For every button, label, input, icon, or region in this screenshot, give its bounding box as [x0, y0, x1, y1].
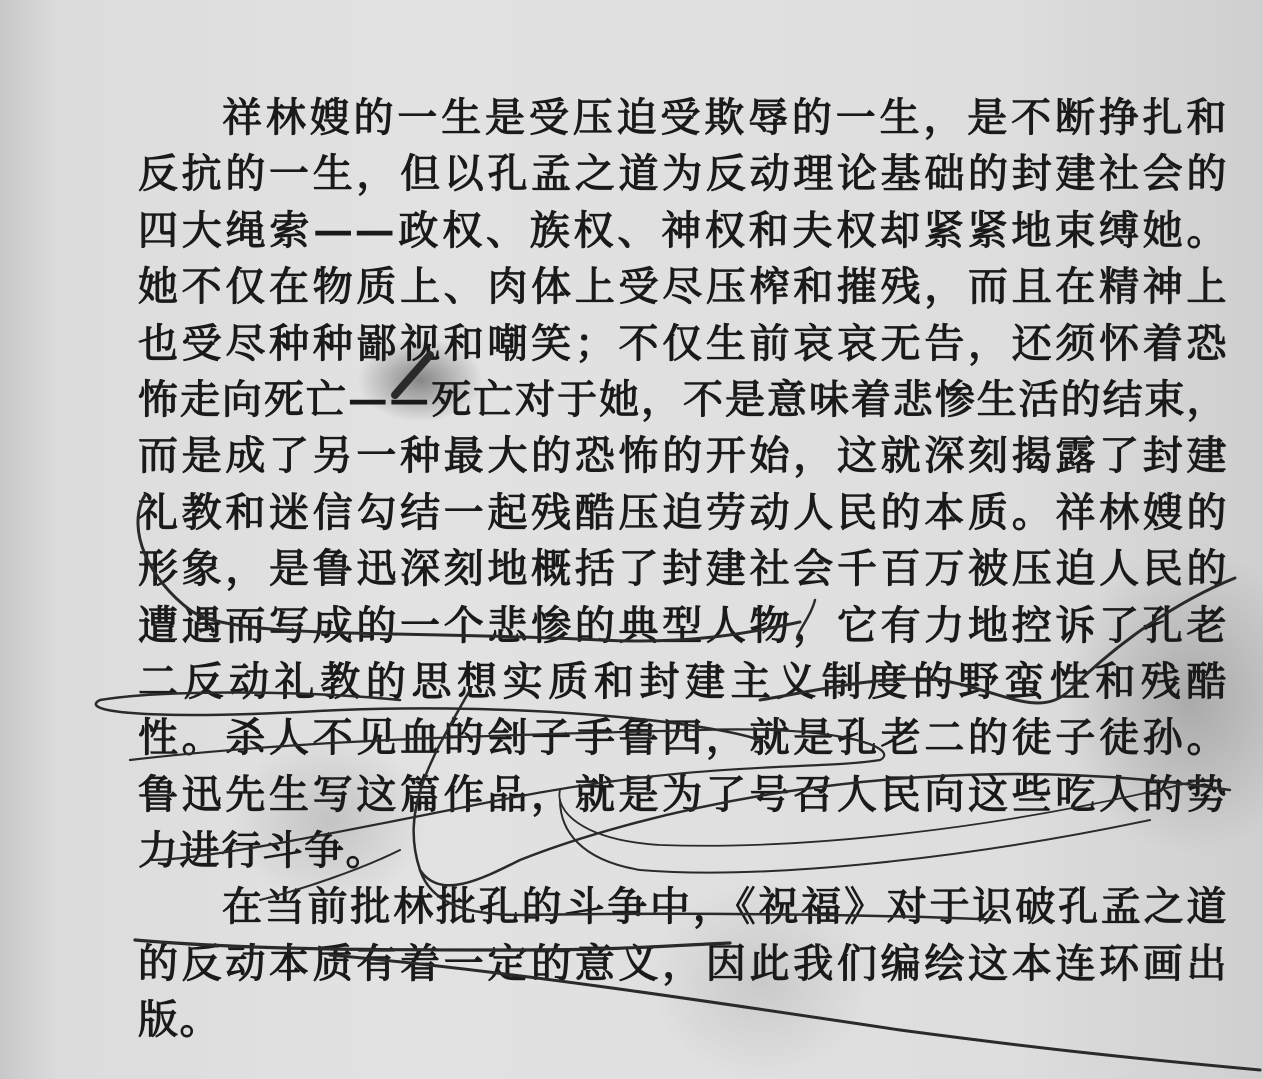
text-line: 她不仅在物质上、肉体上受尽压榨和摧残，而且在精神上	[138, 259, 1228, 315]
text-line: 反抗的一生，但以孔孟之道为反动理论基础的封建社会的	[138, 146, 1228, 202]
text-line: 在当前批林批孔的斗争中，《祝福》对于识破孔孟之道	[138, 879, 1228, 935]
text-line: 的反动本质有着一定的意义，因此我们编绘这本连环画出	[138, 936, 1228, 992]
text-line: 版。	[138, 992, 1228, 1048]
paragraph-1: 祥林嫂的一生是受压迫受欺辱的一生，是不断挣扎和 反抗的一生，但以孔孟之道为反动理…	[138, 90, 1228, 879]
text-line: 祥林嫂的一生是受压迫受欺辱的一生，是不断挣扎和	[138, 90, 1228, 146]
text-line: 鲁迅先生写这篇作品，就是为了号召人民向这些吃人的势	[138, 767, 1228, 823]
text-line: 也受尽种种鄙视和嘲笑；不仅生前哀哀无告，还须怀着恐	[138, 316, 1228, 372]
text-line: 形象，是鲁迅深刻地概括了封建社会千百万被压迫人民的	[138, 541, 1228, 597]
text-line: 而是成了另一种最大的恐怖的开始，这就深刻揭露了封建	[138, 428, 1228, 484]
scanned-page: 祥林嫂的一生是受压迫受欺辱的一生，是不断挣扎和 反抗的一生，但以孔孟之道为反动理…	[0, 0, 1263, 1079]
document-body: 祥林嫂的一生是受压迫受欺辱的一生，是不断挣扎和 反抗的一生，但以孔孟之道为反动理…	[138, 90, 1228, 1049]
text-line: 二反动礼教的思想实质和封建主义制度的野蛮性和残酷	[138, 654, 1228, 710]
paragraph-2: 在当前批林批孔的斗争中，《祝福》对于识破孔孟之道 的反动本质有着一定的意义，因此…	[138, 879, 1228, 1048]
text-line: 性。杀人不见血的刽子手鲁四，就是孔老二的徒子徒孙。	[138, 710, 1228, 766]
text-line: 四大绳索——政权、族权、神权和夫权却紧紧地束缚她。	[138, 203, 1228, 259]
text-line: 遭遇而写成的一个悲惨的典型人物，它有力地控诉了孔老	[138, 598, 1228, 654]
text-line: 礼教和迷信勾结一起残酷压迫劳动人民的本质。祥林嫂的	[138, 485, 1228, 541]
text-line: 怖走向死亡——死亡对于她，不是意味着悲惨生活的结束，	[138, 372, 1228, 428]
text-line: 力进行斗争。	[138, 823, 1228, 879]
